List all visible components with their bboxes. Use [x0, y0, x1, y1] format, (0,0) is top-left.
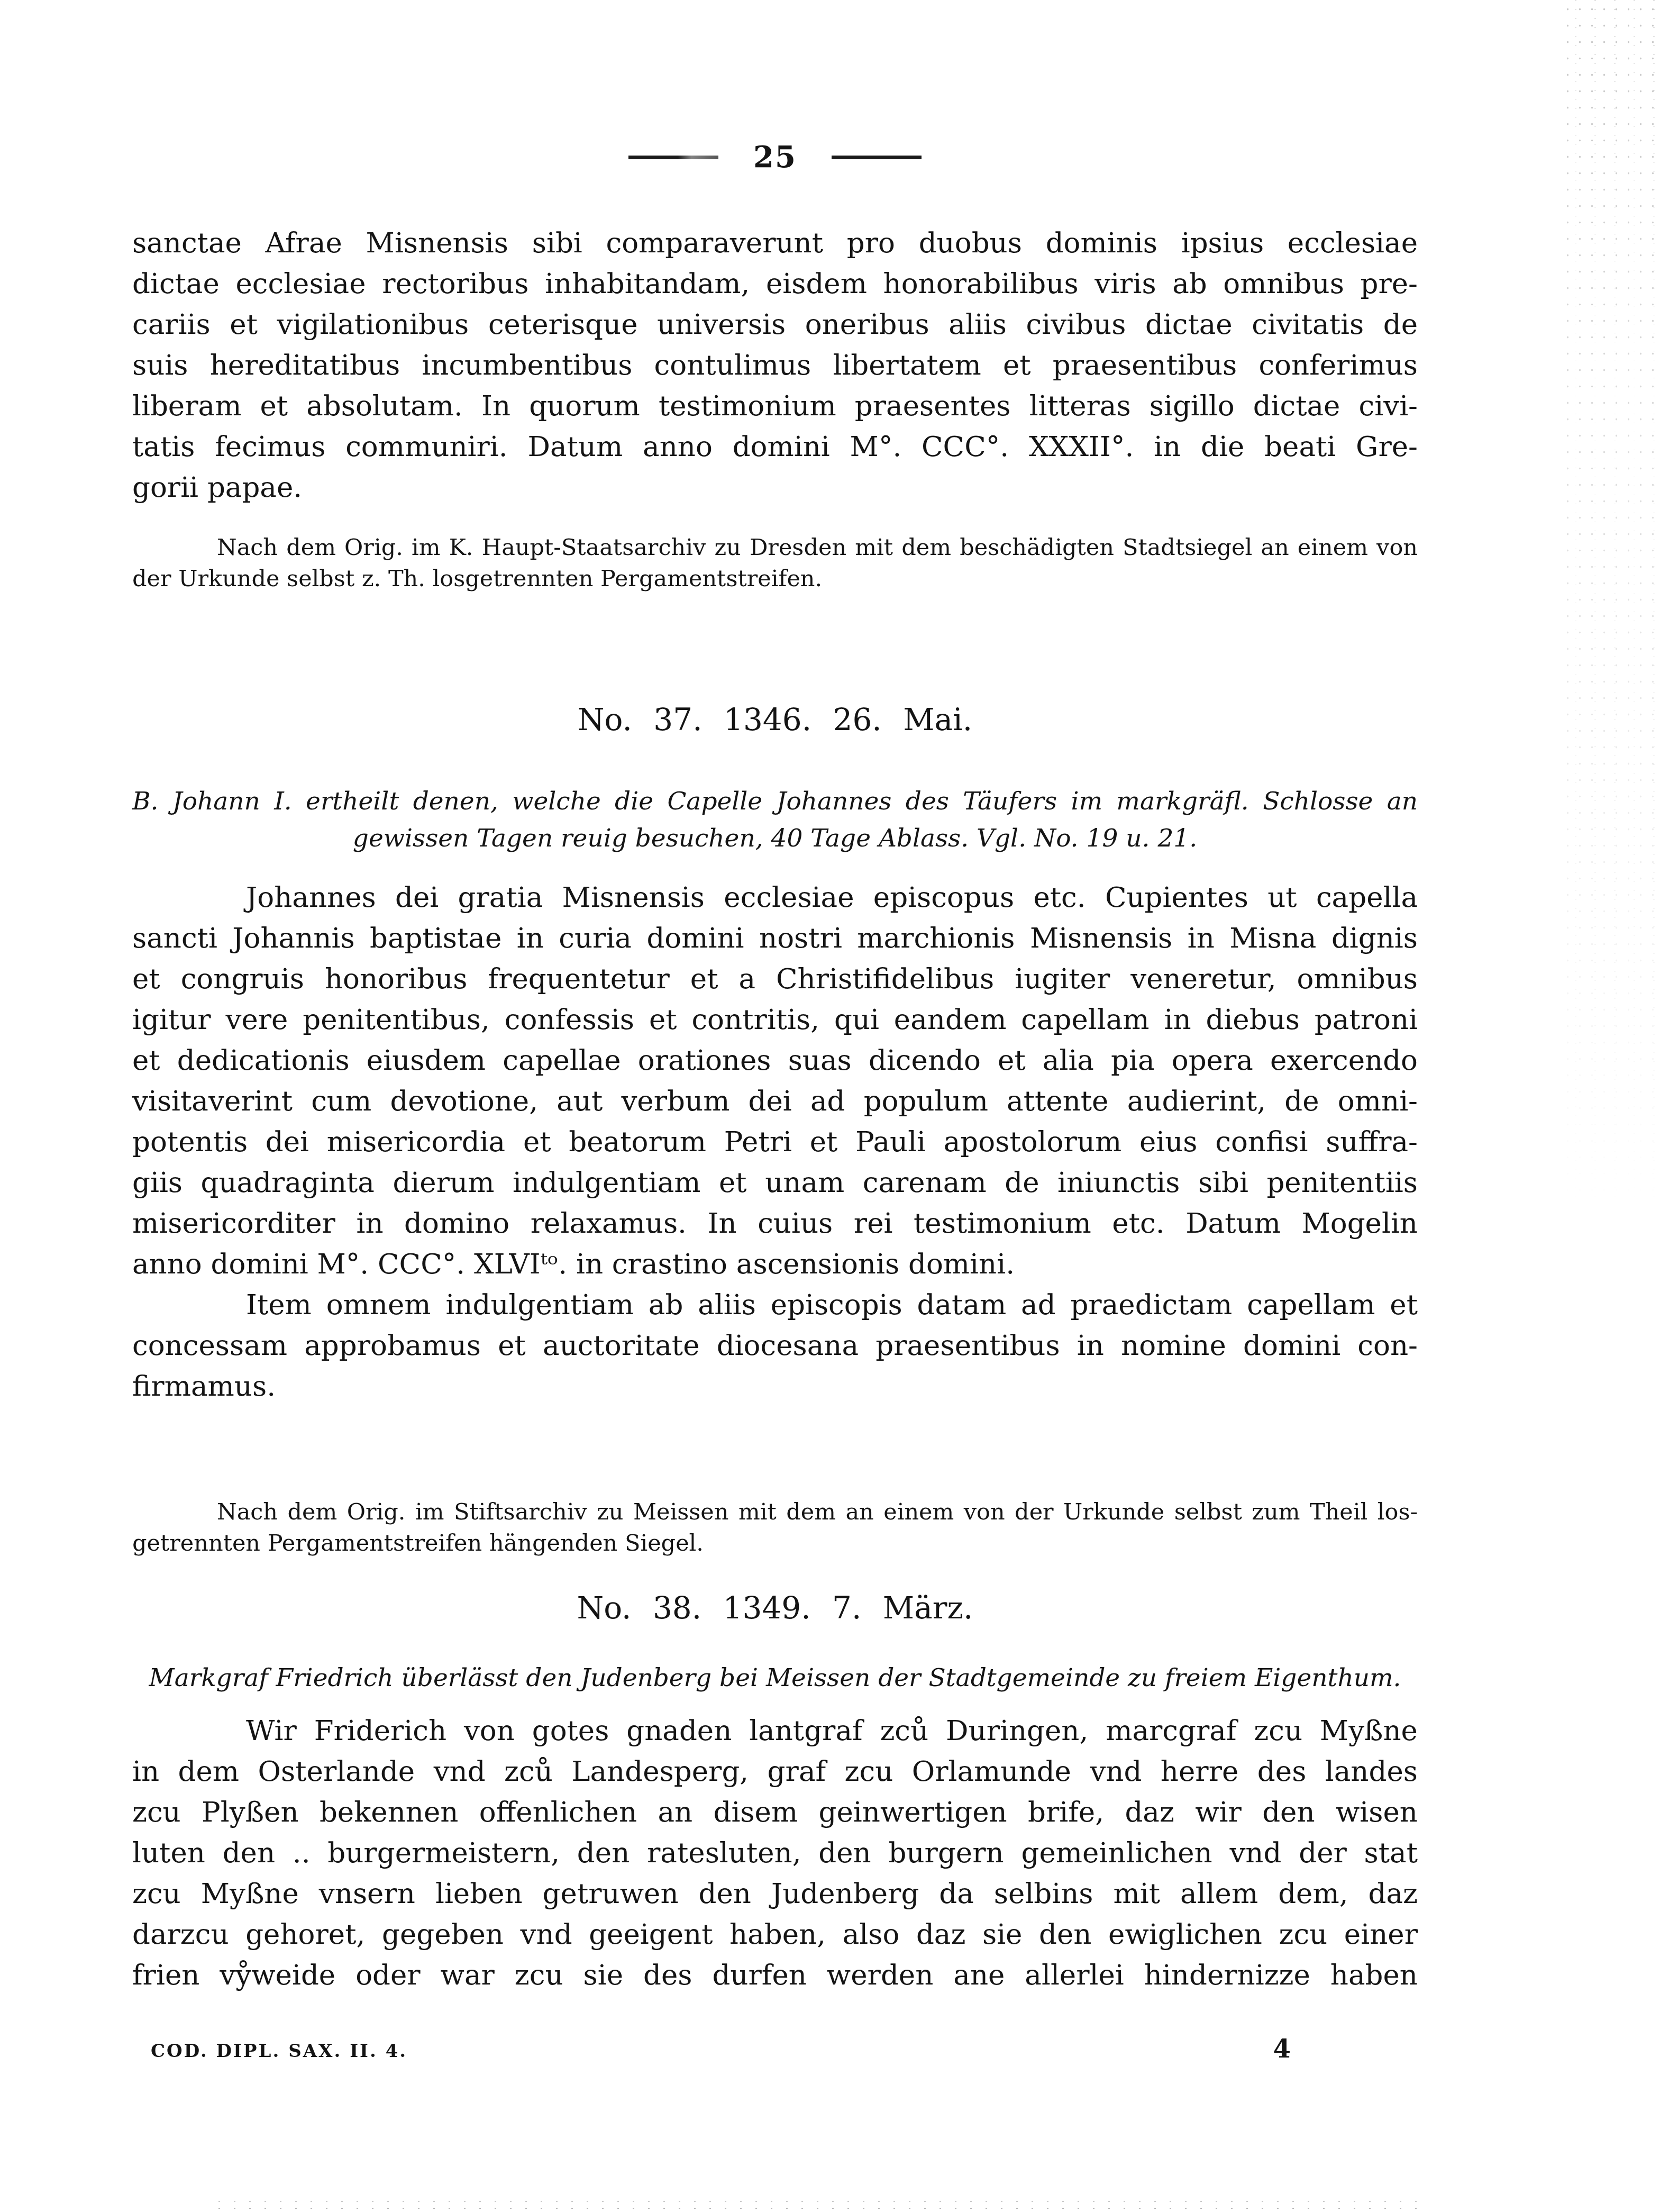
- entry-heading-37: No. 37. 1346. 26. Mai.: [132, 700, 1418, 739]
- text-line: et congruis honoribus frequentetur et a …: [132, 959, 1418, 999]
- text-line: zcu Plyßen bekennen offenlichen an disem…: [132, 1792, 1418, 1833]
- text-line: et dedicationis eiusdem capellae oration…: [132, 1040, 1418, 1081]
- text-line: igitur vere penitentibus, confessis et c…: [132, 999, 1418, 1040]
- note-line: Nach dem Orig. im K. Haupt-Staatsarchiv …: [132, 532, 1418, 563]
- text-line: anno domini M°. CCC°. XLVIᵗᵒ. in crastin…: [132, 1244, 1418, 1285]
- text-column: sanctae Afrae Misnensis sibi comparaveru…: [132, 174, 1418, 1996]
- entry-summary-38: Markgraf Friedrich überlässt den Judenbe…: [132, 1660, 1418, 1697]
- text-line: visitaverint cum devotione, aut verbum d…: [132, 1081, 1418, 1122]
- header-rule-left: [628, 156, 718, 159]
- header-rule-right: [832, 156, 922, 159]
- text-line: tatis fecimus communiri. Datum anno domi…: [132, 426, 1418, 467]
- paragraph-entry37-2: Item omnem indulgentiam ab aliis episcop…: [132, 1285, 1418, 1407]
- scanned-page: 25 sanctae Afrae Misnensis sibi comparav…: [0, 0, 1660, 174]
- note-line: der Urkunde selbst z. Th. losgetrennten …: [132, 563, 1418, 595]
- paragraph-continuation: sanctae Afrae Misnensis sibi comparaveru…: [132, 223, 1418, 508]
- text-line: liberam et absolutam. In quorum testimon…: [132, 386, 1418, 426]
- summary-line: B. Johann I. ertheilt denen, welche die …: [132, 783, 1418, 820]
- scan-artifact-bottom-edge: [212, 2198, 1428, 2212]
- page-number: 25: [753, 140, 797, 175]
- text-line: suis hereditatibus incumbentibus contuli…: [132, 345, 1418, 386]
- note-line: getrennten Pergamentstreifen hängenden S…: [132, 1528, 1418, 1559]
- text-line: potentis dei misericordia et beatorum Pe…: [132, 1122, 1418, 1162]
- text-line: in dem Osterlande vnd zců Landesperg, gr…: [132, 1751, 1418, 1792]
- summary-line: gewissen Tagen reuig besuchen, 40 Tage A…: [132, 820, 1418, 857]
- text-line: darzcu gehoret, gegeben vnd geeigent hab…: [132, 1914, 1418, 1955]
- page-footer: COD. DIPL. SAX. II. 4. 4: [132, 2034, 1418, 2071]
- entry-summary-37: B. Johann I. ertheilt denen, welche die …: [132, 783, 1418, 857]
- footer-series-title: COD. DIPL. SAX. II. 4.: [151, 2041, 407, 2062]
- text-line: frien vẙweide oder war zcu sie des durfe…: [132, 1955, 1418, 1996]
- summary-line: Markgraf Friedrich überlässt den Judenbe…: [132, 1660, 1418, 1697]
- text-line: misericorditer in domino relaxamus. In c…: [132, 1203, 1418, 1244]
- footer-sheet-number: 4: [1273, 2034, 1291, 2064]
- text-line: firmamus.: [132, 1366, 1418, 1407]
- text-line: giis quadraginta dierum indulgentiam et …: [132, 1162, 1418, 1203]
- text-line: sanctae Afrae Misnensis sibi comparaveru…: [132, 223, 1418, 263]
- text-line: cariis et vigilationibus ceterisque univ…: [132, 304, 1418, 345]
- text-line: zcu Myßne vnsern lieben getruwen den Jud…: [132, 1873, 1418, 1914]
- text-line: sancti Johannis baptistae in curia domin…: [132, 918, 1418, 959]
- paragraph-entry38-1: Wir Friderich von gotes gnaden lantgraf …: [132, 1710, 1418, 1996]
- text-line: luten den .. burgermeistern, den rateslu…: [132, 1833, 1418, 1873]
- source-note-continuation: Nach dem Orig. im K. Haupt-Staatsarchiv …: [132, 532, 1418, 595]
- text-line: gorii papae.: [132, 467, 1418, 508]
- page-header: 25: [132, 0, 1418, 174]
- text-line: concessam approbamus et auctoritate dioc…: [132, 1325, 1418, 1366]
- entry-heading-38: No. 38. 1349. 7. März.: [132, 1589, 1418, 1627]
- paragraph-entry37-1: Johannes dei gratia Misnensis ecclesiae …: [132, 877, 1418, 1285]
- text-line: dictae ecclesiae rectoribus inhabitandam…: [132, 263, 1418, 304]
- scan-artifact-right-edge: [1559, 0, 1660, 1217]
- text-line: Wir Friderich von gotes gnaden lantgraf …: [132, 1710, 1418, 1751]
- text-line: Item omnem indulgentiam ab aliis episcop…: [132, 1285, 1418, 1325]
- source-note-entry37: Nach dem Orig. im Stiftsarchiv zu Meisse…: [132, 1497, 1418, 1559]
- text-line: Johannes dei gratia Misnensis ecclesiae …: [132, 877, 1418, 918]
- note-line: Nach dem Orig. im Stiftsarchiv zu Meisse…: [132, 1497, 1418, 1528]
